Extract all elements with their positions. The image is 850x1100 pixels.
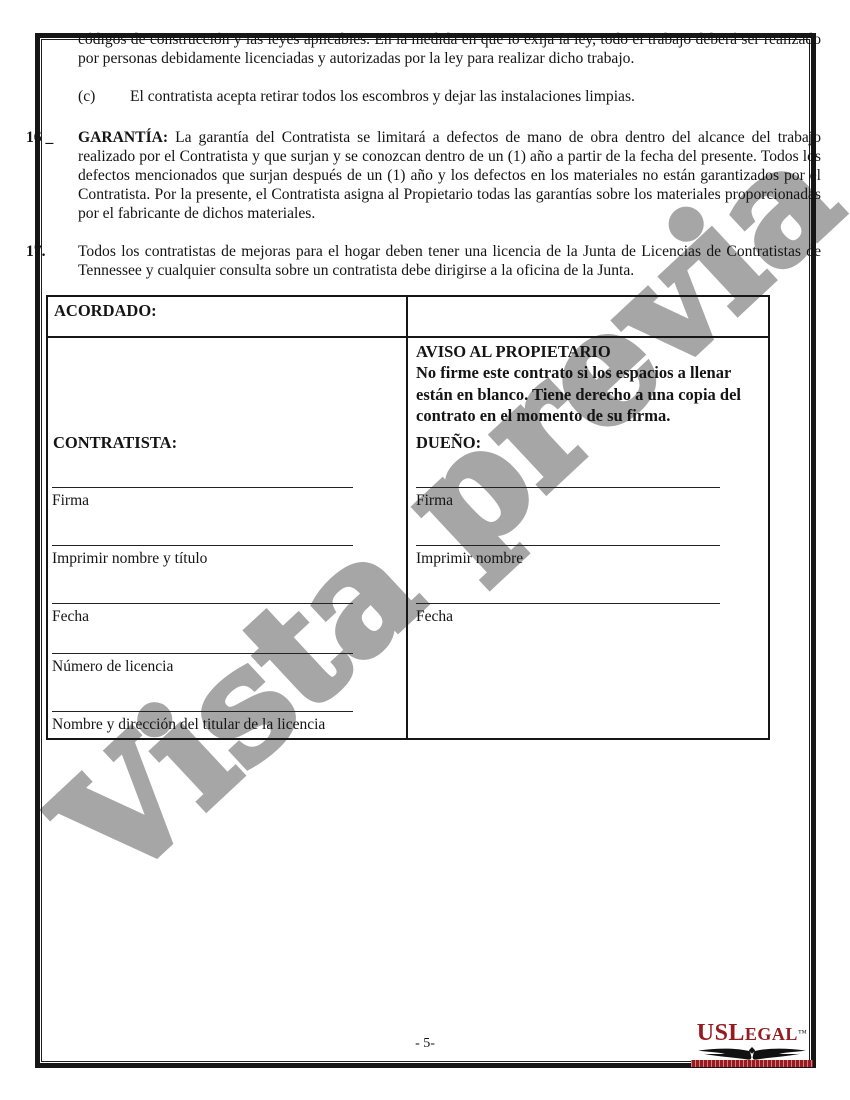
- signature-line: [52, 545, 353, 546]
- clause-16: 16 _ GARANTÍA: La garantía del Contratis…: [26, 128, 821, 223]
- paragraph-intro: códigos de construcción y las leyes apli…: [26, 30, 821, 68]
- contractor-license-holder-field: Nombre y dirección del titular de la lic…: [52, 711, 353, 734]
- clause-c-text: El contratista acepta retirar todos los …: [130, 88, 635, 105]
- table-row-acordado: ACORDADO:: [48, 297, 768, 338]
- contractor-license-number-field: Número de licencia: [52, 653, 353, 676]
- acordado-cell-right: [406, 297, 768, 336]
- signature-line: [52, 487, 353, 488]
- clause-16-heading: GARANTÍA:: [78, 129, 168, 146]
- signature-label: Firma: [52, 491, 353, 510]
- clause-17: 17. Todos los contratistas de mejoras pa…: [26, 242, 821, 280]
- uslegal-logo: USLEGAL™: [691, 1021, 813, 1067]
- signature-line: [52, 603, 353, 604]
- uslegal-banner: [691, 1060, 813, 1067]
- owner-notice: AVISO AL PROPIETARIO No firme este contr…: [416, 341, 761, 426]
- document-content: códigos de construcción y las leyes apli…: [0, 0, 850, 1100]
- signature-label: Fecha: [416, 607, 720, 626]
- owner-date-field: Fecha: [416, 603, 720, 626]
- signature-line: [52, 653, 353, 654]
- owner-printname-field: Imprimir nombre: [416, 545, 720, 568]
- owner-notice-line: contrato en el momento de su firma.: [416, 405, 761, 426]
- signature-label: Fecha: [52, 607, 353, 626]
- paragraph-intro-text: códigos de construcción y las leyes apli…: [78, 31, 821, 67]
- owner-notice-title: AVISO AL PROPIETARIO: [416, 341, 761, 362]
- acordado-label: ACORDADO:: [48, 297, 406, 320]
- clause-16-number: 16 _: [26, 128, 53, 147]
- contractor-printname-field: Imprimir nombre y título: [52, 545, 353, 568]
- contractor-date-field: Fecha: [52, 603, 353, 626]
- owner-notice-line: No firme este contrato si los espacios a…: [416, 362, 761, 383]
- signature-line: [416, 487, 720, 488]
- uslegal-wordmark: USLEGAL™: [691, 1021, 813, 1048]
- uslegal-wordmark-large: USL: [697, 1020, 745, 1046]
- signature-line: [416, 545, 720, 546]
- contractor-cell: CONTRATISTA: Firma Imprimir nombre y tít…: [48, 338, 406, 738]
- owner-notice-line: están en blanco. Tiene derecho a una cop…: [416, 384, 761, 405]
- contractor-heading: CONTRATISTA:: [53, 433, 177, 452]
- owner-cell: AVISO AL PROPIETARIO No firme este contr…: [406, 338, 768, 738]
- signature-label: Nombre y dirección del titular de la lic…: [52, 715, 353, 734]
- clause-16-text: La garantía del Contratista se limitará …: [78, 129, 821, 222]
- acordado-cell: ACORDADO:: [48, 297, 406, 336]
- owner-heading: DUEÑO:: [416, 433, 481, 452]
- signature-line: [52, 711, 353, 712]
- owner-signature-field: Firma: [416, 487, 720, 510]
- contractor-signature-field: Firma: [52, 487, 353, 510]
- signature-label: Número de licencia: [52, 657, 353, 676]
- trademark-symbol: ™: [798, 1028, 807, 1038]
- signature-label: Imprimir nombre: [416, 549, 720, 568]
- signature-label: Imprimir nombre y título: [52, 549, 353, 568]
- signature-label: Firma: [416, 491, 720, 510]
- clause-17-number: 17.: [26, 242, 46, 261]
- clause-17-text: Todos los contratistas de mejoras para e…: [78, 243, 821, 279]
- signature-line: [416, 603, 720, 604]
- uslegal-wordmark-small: EGAL: [745, 1024, 798, 1044]
- document-page: Vista previa códigos de construcción y l…: [0, 0, 850, 1100]
- clause-c-label: (c): [78, 87, 95, 106]
- table-row-signatures: CONTRATISTA: Firma Imprimir nombre y tít…: [48, 338, 768, 738]
- clause-c: (c) El contratista acepta retirar todos …: [78, 87, 821, 106]
- eagle-wings-icon: [696, 1047, 808, 1060]
- signature-table: ACORDADO: CONTRATISTA: Firma Imprimir: [46, 295, 770, 740]
